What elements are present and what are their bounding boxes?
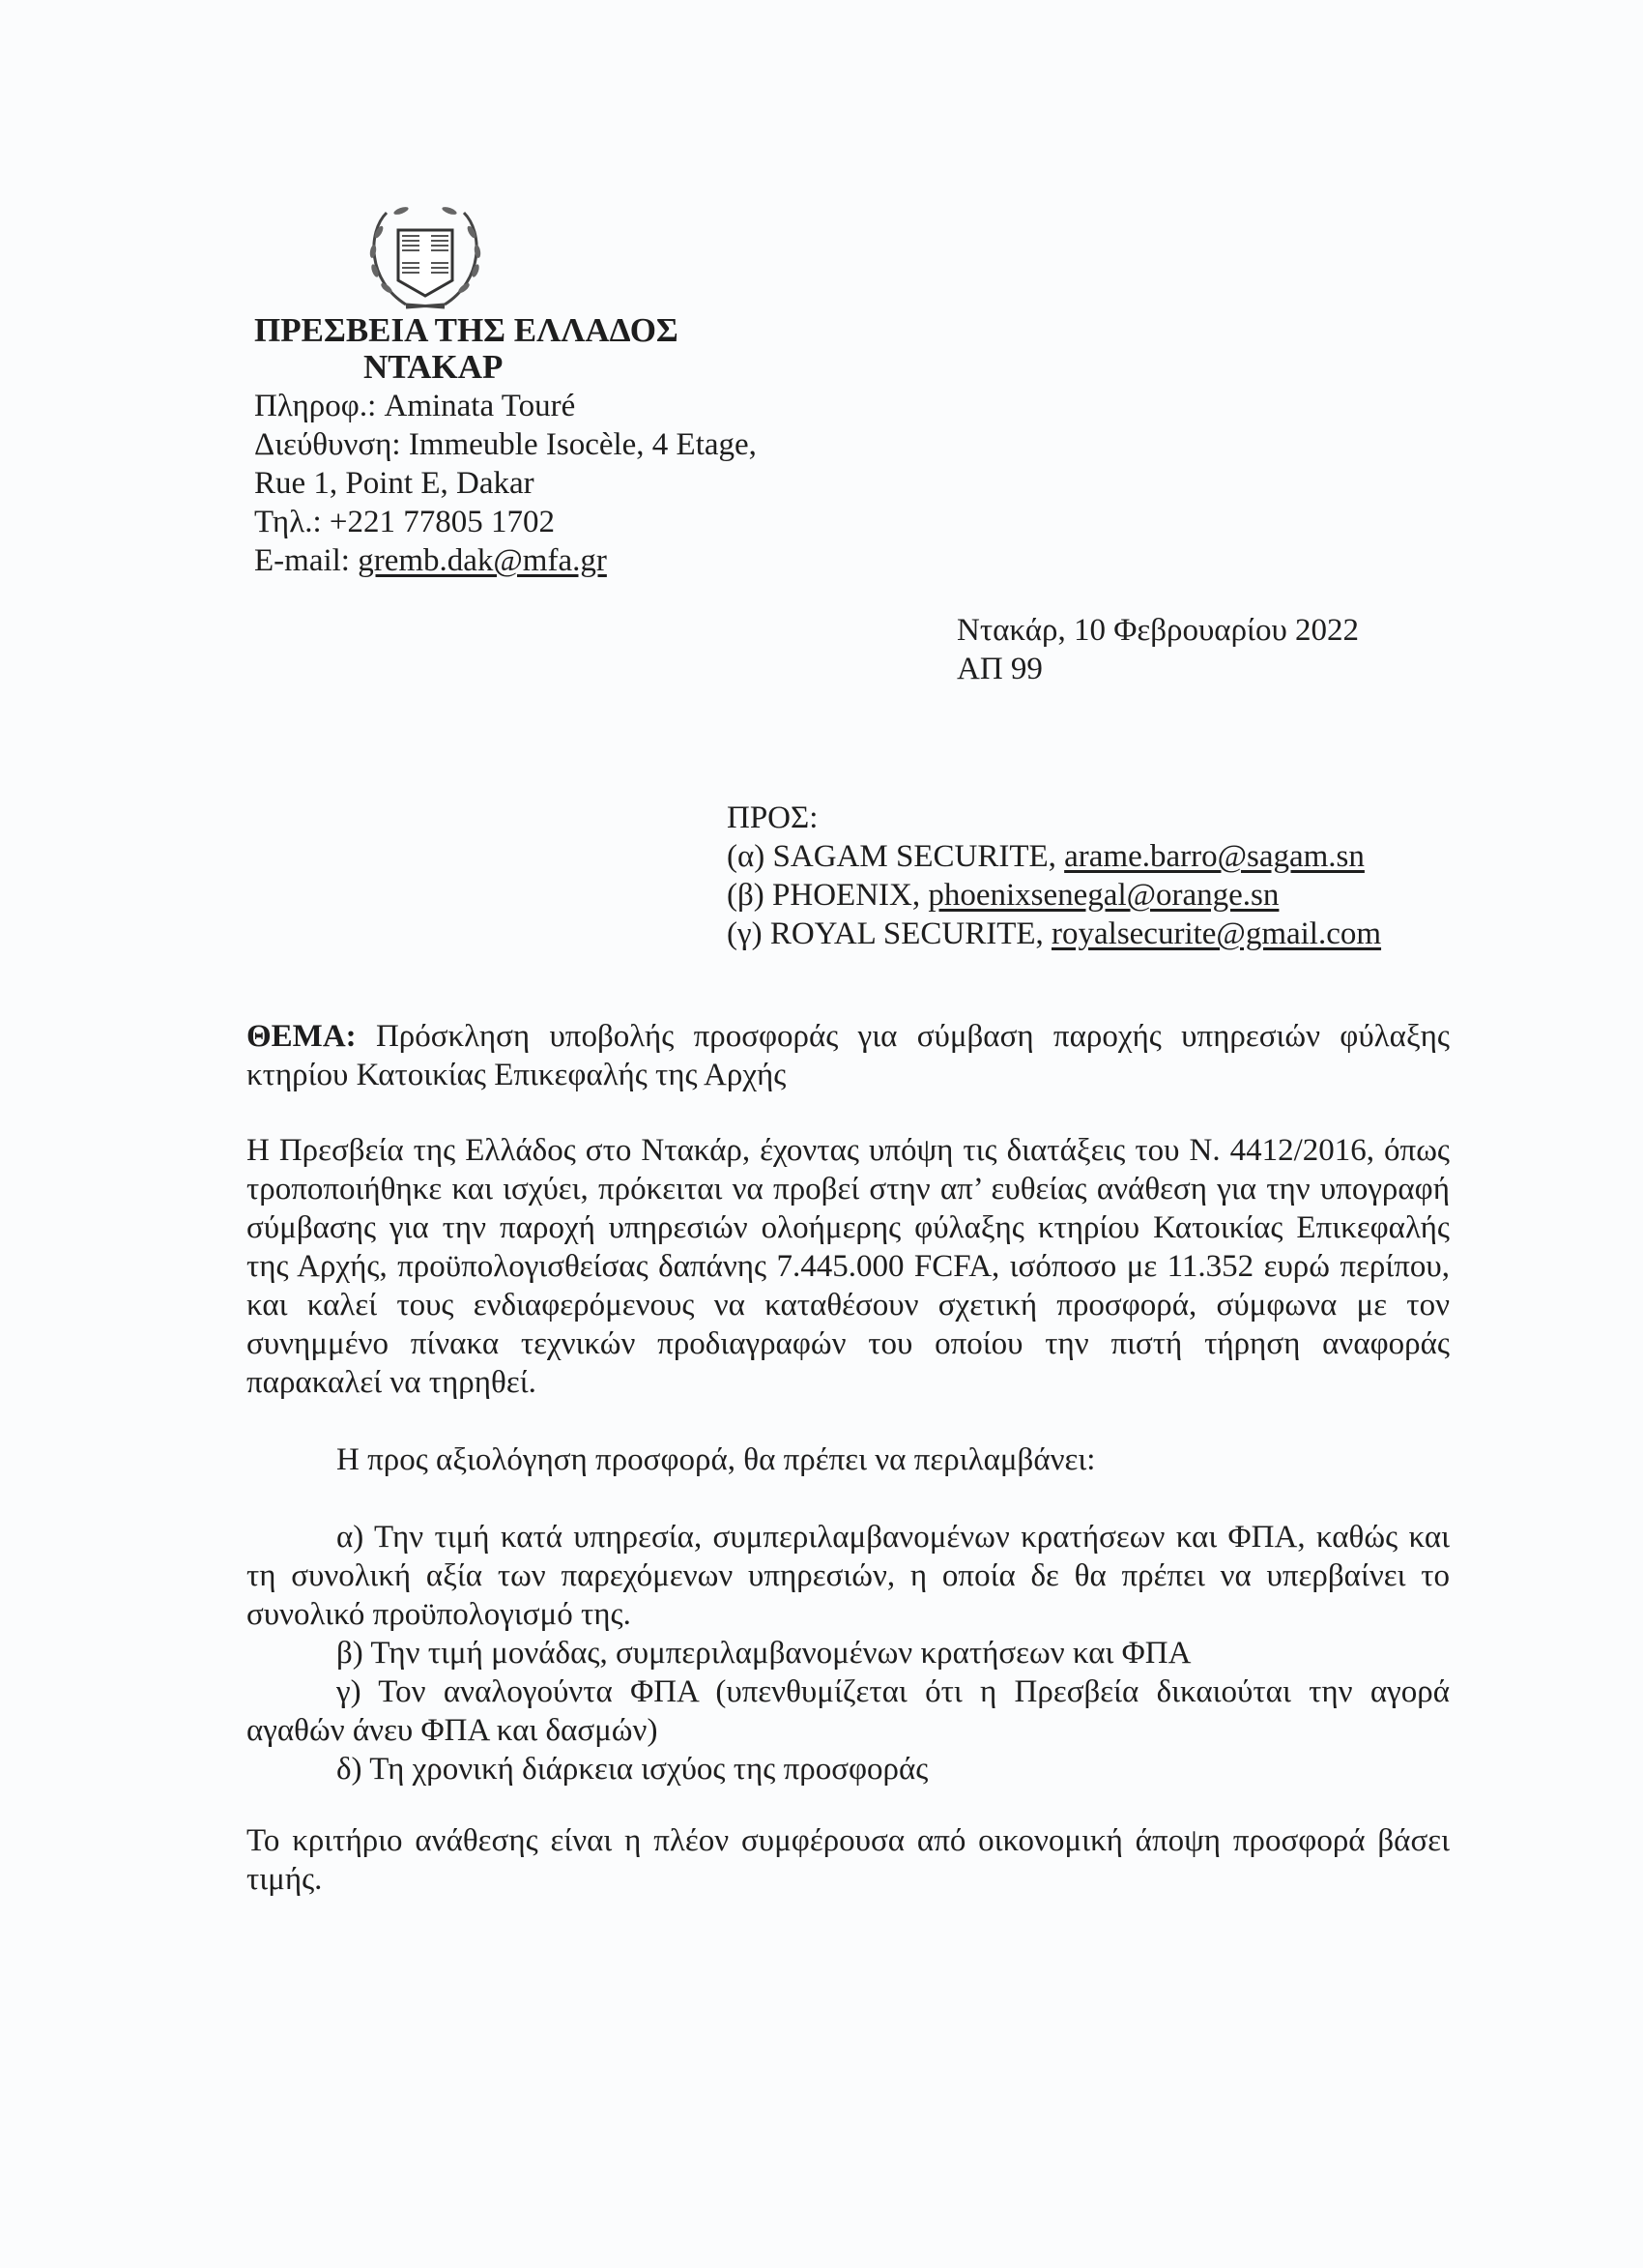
phone-line: Τηλ.: +221 77805 1702 [254,503,555,541]
evaluation-intro: Η προς αξιολόγηση προσφορά, θα πρέπει να… [246,1440,1450,1479]
address-value: Immeuble Isocèle, 4 Etage, [409,427,757,462]
embassy-city: ΝΤΑΚΑΡ [363,348,503,387]
recipient-email-link[interactable]: phoenixsenegal@orange.sn [928,878,1279,913]
address-line: Διεύθυνση: Immeuble Isocèle, 4 Etage, [254,425,757,464]
recipient-email-link[interactable]: arame.barro@sagam.sn [1064,839,1365,874]
recipient-marker: (β) [727,878,764,913]
email-line: E-mail: gremb.dak@mfa.gr [254,541,607,580]
award-criterion: Το κριτήριο ανάθεσης είναι η πλέον συμφέ… [246,1821,1450,1899]
embassy-name: ΠΡΕΣΒΕΙΑ ΤΗΣ ΕΛΛΑΔΟΣ [254,311,678,350]
info-label: Πληροφ.: [254,389,376,423]
place-date: Ντακάρ, 10 Φεβρουαρίου 2022 [957,611,1359,650]
subject-text: Πρόσκληση υποβολής προσφοράς για σύμβαση… [246,1019,1450,1092]
phone-value: +221 77805 1702 [330,505,555,539]
recipient-item: (α) SAGAM SECURITE, arame.barro@sagam.sn [727,837,1365,876]
address-label: Διεύθυνση: [254,427,401,462]
body-paragraph: Η Πρεσβεία της Ελλάδος στο Ντακάρ, έχοντ… [246,1131,1450,1402]
recipient-name: PHOENIX, [772,878,920,913]
subject-label: ΘΕΜΑ: [246,1019,357,1054]
address-line-2: Rue 1, Point E, Dakar [254,464,534,503]
recipient-name: SAGAM SECURITE, [773,839,1056,874]
subject: ΘΕΜΑ: Πρόσκληση υποβολής προσφοράς για σ… [246,1017,1450,1094]
info-value: Aminata Touré [384,389,575,423]
recipients-label: ΠΡΟΣ: [727,799,818,837]
greek-coat-of-arms-icon [358,193,493,319]
recipient-item: (γ) ROYAL SECURITE, royalsecurite@gmail.… [727,915,1381,953]
recipient-email-link[interactable]: royalsecurite@gmail.com [1052,916,1381,951]
recipient-item: (β) PHOENIX, phoenixsenegal@orange.sn [727,876,1279,915]
phone-label: Τηλ.: [254,505,322,539]
email-label: E-mail: [254,543,350,578]
protocol-number: ΑΠ 99 [957,650,1043,688]
recipient-marker: (α) [727,839,764,874]
requirement-item: α) Την τιμή κατά υπηρεσία, συμπεριλαμβαν… [246,1518,1450,1634]
email-link[interactable]: gremb.dak@mfa.gr [358,543,607,578]
recipient-name: ROYAL SECURITE, [770,916,1044,951]
requirement-item: δ) Τη χρονική διάρκεια ισχύος της προσφο… [246,1750,1450,1788]
requirement-item: β) Την τιμή μονάδας, συμπεριλαμβανομένων… [246,1634,1450,1672]
requirement-item: γ) Τον αναλογούντα ΦΠΑ (υπενθυμίζεται ότ… [246,1672,1450,1750]
info-line: Πληροφ.: Aminata Touré [254,387,575,425]
recipient-marker: (γ) [727,916,763,951]
